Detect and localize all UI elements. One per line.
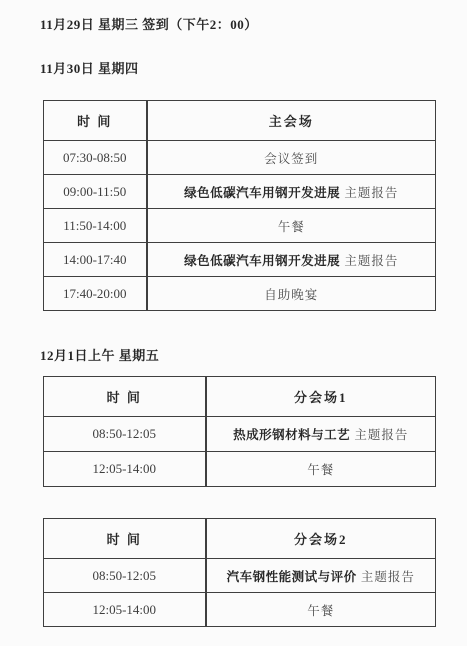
time-header-cell: 时 间 bbox=[44, 519, 206, 559]
session-suffix: 主题报告 bbox=[340, 186, 398, 200]
session-suffix: 午餐 bbox=[307, 604, 334, 618]
time-cell: 17:40-20:00 bbox=[44, 277, 147, 311]
time-cell: 08:50-12:05 bbox=[44, 559, 206, 593]
session-suffix: 主题报告 bbox=[340, 254, 398, 268]
session-suffix: 主题报告 bbox=[350, 428, 408, 442]
session-cell: 热成形钢材料与工艺 主题报告 bbox=[206, 417, 436, 452]
session-suffix: 主题报告 bbox=[357, 570, 415, 584]
session-cell: 午餐 bbox=[206, 593, 436, 627]
table-row: 08:50-12:05 热成形钢材料与工艺 主题报告 bbox=[44, 417, 436, 452]
table-row: 17:40-20:00 自助晚宴 bbox=[44, 277, 436, 311]
session-cell: 自助晚宴 bbox=[147, 277, 436, 311]
session-suffix: 午餐 bbox=[278, 220, 305, 234]
table-row: 12:05-14:00 午餐 bbox=[44, 452, 436, 487]
table-row: 09:00-11:50 绿色低碳汽车用钢开发进展 主题报告 bbox=[44, 175, 436, 209]
time-cell: 12:05-14:00 bbox=[44, 593, 206, 627]
table-row: 11:50-14:00 午餐 bbox=[44, 209, 436, 243]
table-header-row: 时 间 主会场 bbox=[44, 101, 436, 141]
main-venue-schedule-table: 时 间 主会场 07:30-08:50 会议签到 09:00-11:50 绿色低… bbox=[43, 100, 436, 311]
venue-header-cell: 分会场2 bbox=[206, 519, 436, 559]
time-header-cell: 时 间 bbox=[44, 377, 206, 417]
session-cell: 汽车钢性能测试与评价 主题报告 bbox=[206, 559, 436, 593]
session-title: 绿色低碳汽车用钢开发进展 bbox=[184, 254, 340, 268]
time-cell: 08:50-12:05 bbox=[44, 417, 206, 452]
venue-header-cell: 分会场1 bbox=[206, 377, 436, 417]
heading-nov30: 11月30日 星期四 bbox=[40, 61, 435, 77]
breakout-venue2-schedule-table: 时 间 分会场2 08:50-12:05 汽车钢性能测试与评价 主题报告 12:… bbox=[43, 518, 436, 627]
session-title: 热成形钢材料与工艺 bbox=[233, 428, 350, 442]
agenda-page: 11月29日 星期三 签到（下午2：00） 11月30日 星期四 时 间 主会场… bbox=[0, 0, 467, 646]
time-cell: 11:50-14:00 bbox=[44, 209, 147, 243]
time-cell: 12:05-14:00 bbox=[44, 452, 206, 487]
table-header-row: 时 间 分会场2 bbox=[44, 519, 436, 559]
time-cell: 07:30-08:50 bbox=[44, 141, 147, 175]
session-title: 汽车钢性能测试与评价 bbox=[227, 570, 357, 584]
heading-nov29: 11月29日 星期三 签到（下午2：00） bbox=[40, 17, 435, 33]
time-header-cell: 时 间 bbox=[44, 101, 147, 141]
session-suffix: 自助晚宴 bbox=[264, 288, 318, 302]
session-title: 绿色低碳汽车用钢开发进展 bbox=[184, 186, 340, 200]
venue-header-cell: 主会场 bbox=[147, 101, 436, 141]
table-row: 07:30-08:50 会议签到 bbox=[44, 141, 436, 175]
session-cell: 午餐 bbox=[206, 452, 436, 487]
time-cell: 14:00-17:40 bbox=[44, 243, 147, 277]
breakout-venue1-schedule-table: 时 间 分会场1 08:50-12:05 热成形钢材料与工艺 主题报告 12:0… bbox=[43, 376, 436, 487]
table-row: 14:00-17:40 绿色低碳汽车用钢开发进展 主题报告 bbox=[44, 243, 436, 277]
table-row: 12:05-14:00 午餐 bbox=[44, 593, 436, 627]
time-cell: 09:00-11:50 bbox=[44, 175, 147, 209]
table-header-row: 时 间 分会场1 bbox=[44, 377, 436, 417]
heading-dec1: 12月1日上午 星期五 bbox=[40, 348, 435, 364]
table-row: 08:50-12:05 汽车钢性能测试与评价 主题报告 bbox=[44, 559, 436, 593]
session-cell: 午餐 bbox=[147, 209, 436, 243]
session-cell: 绿色低碳汽车用钢开发进展 主题报告 bbox=[147, 175, 436, 209]
session-cell: 会议签到 bbox=[147, 141, 436, 175]
session-suffix: 会议签到 bbox=[264, 152, 318, 166]
session-suffix: 午餐 bbox=[307, 463, 334, 477]
session-cell: 绿色低碳汽车用钢开发进展 主题报告 bbox=[147, 243, 436, 277]
